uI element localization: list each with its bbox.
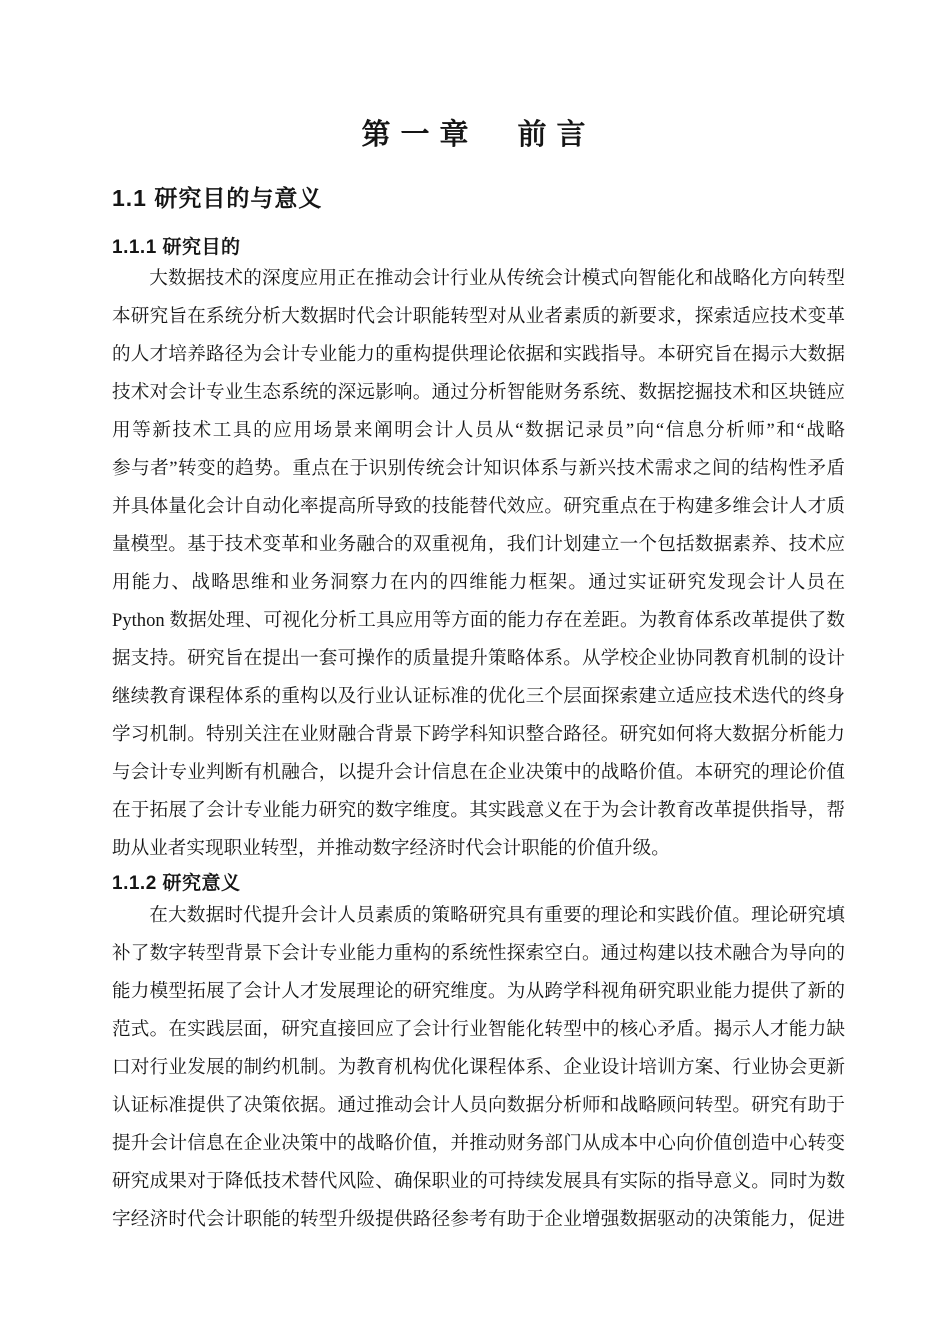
text-line: 量模型。基于技术变革和业务融合的双重视角，我们计划建立一个包括数据素养、技术应 xyxy=(112,526,845,564)
paragraph: 在大数据时代提升会计人员素质的策略研究具有重要的理论和实践价值。理论研究填补了数… xyxy=(112,897,845,1239)
text-line: 大数据技术的深度应用正在推动会计行业从传统会计模式向智能化和战略化方向转型 xyxy=(112,260,845,298)
text-line: 在大数据时代提升会计人员素质的策略研究具有重要的理论和实践价值。理论研究填 xyxy=(112,897,845,935)
text-line: 在于拓展了会计专业能力研究的数字维度。其实践意义在于为会计教育改革提供指导，帮 xyxy=(112,792,845,830)
text-line: 本研究旨在系统分析大数据时代会计职能转型对从业者素质的新要求，探索适应技术变革 xyxy=(112,298,845,336)
text-line: 参与者”转变的趋势。重点在于识别传统会计知识体系与新兴技术需求之间的结构性矛盾 xyxy=(112,450,845,488)
text-line: 并具体量化会计自动化率提高所导致的技能替代效应。研究重点在于构建多维会计人才质 xyxy=(112,488,845,526)
paragraph: 大数据技术的深度应用正在推动会计行业从传统会计模式向智能化和战略化方向转型本研究… xyxy=(112,260,845,868)
text-line: 技术对会计专业生态系统的深远影响。通过分析智能财务系统、数据挖掘技术和区块链应 xyxy=(112,374,845,412)
subsection-heading: 1.1.2 研究意义 xyxy=(112,872,845,896)
text-line: 用能力、战略思维和业务洞察力在内的四维能力框架。通过实证研究发现会计人员在 xyxy=(112,564,845,602)
section-heading: 1.1 研究目的与意义 xyxy=(112,183,845,213)
document-page: 第一章 前言 1.1 研究目的与意义 1.1.1 研究目的大数据技术的深度应用正… xyxy=(0,0,950,1344)
text-line: 提升会计信息在企业决策中的战略价值，并推动财务部门从成本中心向价值创造中心转变 xyxy=(112,1125,845,1163)
text-line: 范式。在实践层面，研究直接回应了会计行业智能化转型中的核心矛盾。揭示人才能力缺 xyxy=(112,1011,845,1049)
subsection-heading: 1.1.1 研究目的 xyxy=(112,236,845,260)
text-line: 继续教育课程体系的重构以及行业认证标准的优化三个层面探索建立适应技术迭代的终身 xyxy=(112,678,845,716)
text-line: 认证标准提供了决策依据。通过推动会计人员向数据分析师和战略顾问转型。研究有助于 xyxy=(112,1087,845,1125)
text-line: 据支持。研究旨在提出一套可操作的质量提升策略体系。从学校企业协同教育机制的设计 xyxy=(112,640,845,678)
text-line: 学习机制。特别关注在业财融合背景下跨学科知识整合路径。研究如何将大数据分析能力 xyxy=(112,716,845,754)
text-line: 口对行业发展的制约机制。为教育机构优化课程体系、企业设计培训方案、行业协会更新 xyxy=(112,1049,845,1087)
text-line: 的人才培养路径为会计专业能力的重构提供理论依据和实践指导。本研究旨在揭示大数据 xyxy=(112,336,845,374)
chapter-title: 第一章 前言 xyxy=(112,118,845,152)
text-line: 字经济时代会计职能的转型升级提供路径参考有助于企业增强数据驱动的决策能力，促进 xyxy=(112,1201,845,1239)
section-body: 1.1.1 研究目的大数据技术的深度应用正在推动会计行业从传统会计模式向智能化和… xyxy=(112,236,845,1239)
text-line: 研究成果对于降低技术替代风险、确保职业的可持续发展具有实际的指导意义。同时为数 xyxy=(112,1163,845,1201)
text-line: 用等新技术工具的应用场景来阐明会计人员从“数据记录员”向“信息分析师”和“战略 xyxy=(112,412,845,450)
text-line: 与会计专业判断有机融合，以提升会计信息在企业决策中的战略价值。本研究的理论价值 xyxy=(112,754,845,792)
text-line: 能力模型拓展了会计人才发展理论的研究维度。为从跨学科视角研究职业能力提供了新的 xyxy=(112,973,845,1011)
text-line: 助从业者实现职业转型，并推动数字经济时代会计职能的价值升级。 xyxy=(112,830,845,868)
text-line: Python 数据处理、可视化分析工具应用等方面的能力存在差距。为教育体系改革提… xyxy=(112,602,845,640)
text-line: 补了数字转型背景下会计专业能力重构的系统性探索空白。通过构建以技术融合为导向的 xyxy=(112,935,845,973)
